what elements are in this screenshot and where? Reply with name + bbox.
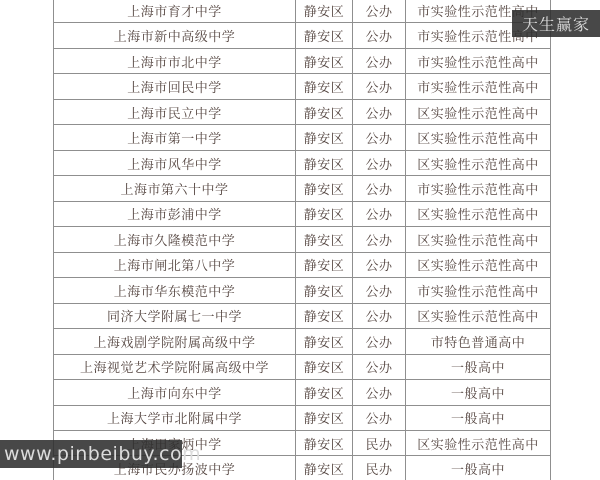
table-cell: 公办 <box>353 0 406 23</box>
watermark-top-right: 天生赢家 <box>512 10 600 37</box>
table-row: 上海市向东中学静安区公办一般高中 <box>54 380 551 405</box>
watermark-top-right-text: 天生赢家 <box>522 12 590 35</box>
school-table-body: 上海市育才中学静安区公办市实验性示范性高中上海市新中高级中学静安区公办市实验性示… <box>54 0 551 480</box>
table-cell: 上海市彭浦中学 <box>54 201 296 226</box>
table-row: 上海市市北中学静安区公办市实验性示范性高中 <box>54 48 551 73</box>
table-cell: 公办 <box>353 405 406 430</box>
watermark-bottom-left: www.pinbeibuy.com <box>0 440 182 468</box>
table-row: 上海市新中高级中学静安区公办市实验性示范性高中 <box>54 23 551 48</box>
table-cell: 静安区 <box>296 99 353 124</box>
table-cell: 一般高中 <box>406 456 551 480</box>
table-cell: 静安区 <box>296 227 353 252</box>
table-cell: 市特色普通高中 <box>406 329 551 354</box>
table-cell: 静安区 <box>296 405 353 430</box>
table-cell: 市实验性示范性高中 <box>406 74 551 99</box>
table-cell: 静安区 <box>296 430 353 455</box>
school-list-table: 上海市育才中学静安区公办市实验性示范性高中上海市新中高级中学静安区公办市实验性示… <box>53 0 551 480</box>
table-cell: 公办 <box>353 99 406 124</box>
table-row: 上海市第六十中学静安区公办市实验性示范性高中 <box>54 176 551 201</box>
table-cell: 公办 <box>353 150 406 175</box>
table-row: 上海大学市北附属中学静安区公办一般高中 <box>54 405 551 430</box>
table-cell: 市实验性示范性高中 <box>406 278 551 303</box>
table-cell: 静安区 <box>296 176 353 201</box>
table-cell: 静安区 <box>296 303 353 328</box>
table-cell: 区实验性示范性高中 <box>406 125 551 150</box>
table-cell: 上海市向东中学 <box>54 380 296 405</box>
table-cell: 上海市育才中学 <box>54 0 296 23</box>
table-cell: 上海市新中高级中学 <box>54 23 296 48</box>
table-cell: 区实验性示范性高中 <box>406 201 551 226</box>
table-cell: 上海戏剧学院附属高级中学 <box>54 329 296 354</box>
table-cell: 静安区 <box>296 354 353 379</box>
table-cell: 公办 <box>353 380 406 405</box>
table-row: 上海市回民中学静安区公办市实验性示范性高中 <box>54 74 551 99</box>
table-row: 上海市育才中学静安区公办市实验性示范性高中 <box>54 0 551 23</box>
table-cell: 区实验性示范性高中 <box>406 150 551 175</box>
table-cell: 一般高中 <box>406 405 551 430</box>
table-cell: 上海市市北中学 <box>54 48 296 73</box>
table-cell: 公办 <box>353 303 406 328</box>
table-cell: 静安区 <box>296 329 353 354</box>
table-cell: 民办 <box>353 456 406 480</box>
table-cell: 公办 <box>353 227 406 252</box>
table-cell: 上海视觉艺术学院附属高级中学 <box>54 354 296 379</box>
table-cell: 区实验性示范性高中 <box>406 430 551 455</box>
table-cell: 静安区 <box>296 201 353 226</box>
table-row: 上海戏剧学院附属高级中学静安区公办市特色普通高中 <box>54 329 551 354</box>
table-row: 上海市久隆模范中学静安区公办区实验性示范性高中 <box>54 227 551 252</box>
table-cell: 上海市风华中学 <box>54 150 296 175</box>
table-cell: 市实验性示范性高中 <box>406 176 551 201</box>
table-cell: 区实验性示范性高中 <box>406 303 551 328</box>
table-row: 上海市第一中学静安区公办区实验性示范性高中 <box>54 125 551 150</box>
table-row: 上海市风华中学静安区公办区实验性示范性高中 <box>54 150 551 175</box>
table-cell: 上海市回民中学 <box>54 74 296 99</box>
table-cell: 静安区 <box>296 74 353 99</box>
table-cell: 公办 <box>353 354 406 379</box>
table-cell: 公办 <box>353 23 406 48</box>
table-cell: 公办 <box>353 176 406 201</box>
table-cell: 上海市闸北第八中学 <box>54 252 296 277</box>
table-cell: 区实验性示范性高中 <box>406 252 551 277</box>
table-cell: 上海市华东模范中学 <box>54 278 296 303</box>
table-cell: 上海市第一中学 <box>54 125 296 150</box>
table-cell: 静安区 <box>296 278 353 303</box>
table-cell: 区实验性示范性高中 <box>406 227 551 252</box>
table-cell: 市实验性示范性高中 <box>406 48 551 73</box>
table-cell: 公办 <box>353 201 406 226</box>
table-cell: 静安区 <box>296 125 353 150</box>
watermark-bottom-left-text: www.pinbeibuy.com <box>4 443 201 465</box>
table-row: 上海市闸北第八中学静安区公办区实验性示范性高中 <box>54 252 551 277</box>
table-cell: 一般高中 <box>406 354 551 379</box>
table-cell: 公办 <box>353 278 406 303</box>
table-cell: 静安区 <box>296 380 353 405</box>
table-cell: 一般高中 <box>406 380 551 405</box>
table-cell: 同济大学附属七一中学 <box>54 303 296 328</box>
table-cell: 公办 <box>353 74 406 99</box>
page: 上海市育才中学静安区公办市实验性示范性高中上海市新中高级中学静安区公办市实验性示… <box>0 0 600 480</box>
table-row: 上海市华东模范中学静安区公办市实验性示范性高中 <box>54 278 551 303</box>
table-cell: 民办 <box>353 430 406 455</box>
table-cell: 上海市民立中学 <box>54 99 296 124</box>
table-cell: 公办 <box>353 329 406 354</box>
table-cell: 静安区 <box>296 150 353 175</box>
table-cell: 静安区 <box>296 252 353 277</box>
table-cell: 静安区 <box>296 48 353 73</box>
table-cell: 静安区 <box>296 456 353 480</box>
table-cell: 公办 <box>353 125 406 150</box>
table-cell: 区实验性示范性高中 <box>406 99 551 124</box>
table-cell: 上海市久隆模范中学 <box>54 227 296 252</box>
table-cell: 上海大学市北附属中学 <box>54 405 296 430</box>
table-cell: 公办 <box>353 252 406 277</box>
table-cell: 静安区 <box>296 0 353 23</box>
table-cell: 公办 <box>353 48 406 73</box>
table-row: 上海市民立中学静安区公办区实验性示范性高中 <box>54 99 551 124</box>
table-cell: 上海市第六十中学 <box>54 176 296 201</box>
table-cell: 静安区 <box>296 23 353 48</box>
table-row: 上海视觉艺术学院附属高级中学静安区公办一般高中 <box>54 354 551 379</box>
table-row: 上海市彭浦中学静安区公办区实验性示范性高中 <box>54 201 551 226</box>
table-row: 同济大学附属七一中学静安区公办区实验性示范性高中 <box>54 303 551 328</box>
